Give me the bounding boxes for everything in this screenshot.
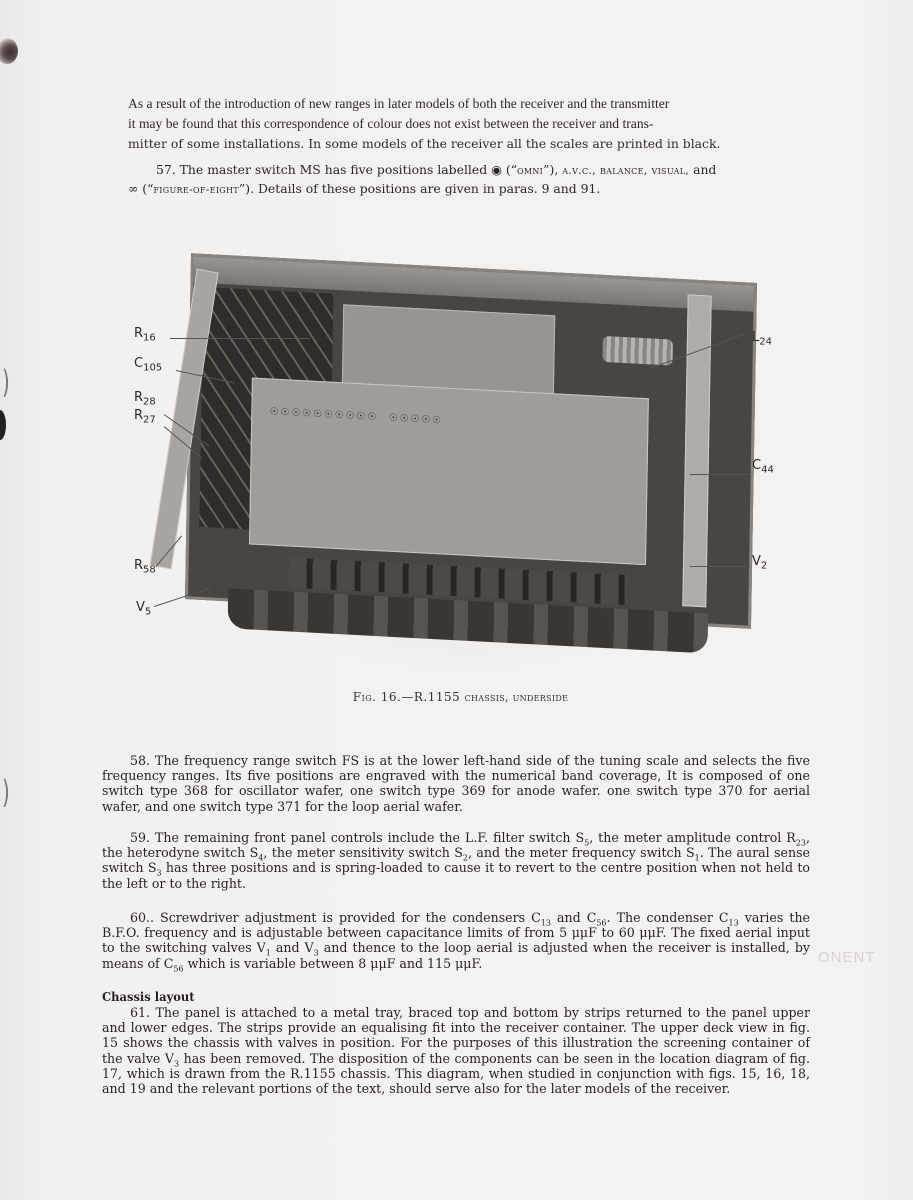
avc-label: a.v.c., [562,164,596,177]
paragraph-61: 61. The panel is attached to a metal tra… [102,1005,810,1096]
paragraph-60: 60.. Screwdriver adjustment is provided … [102,910,810,971]
omni-icon: ◉ [491,162,502,177]
text: ”), [543,162,558,177]
label-v5: V5 [136,600,151,615]
caption-text: chassis, underside [465,691,569,704]
right-bracket [682,294,711,607]
label-c105: C105 [134,356,162,371]
figure-16-photo: ☉☉☉☉☉☉☉☉☉☉ ☉☉☉☉☉ R16 C105 R28 R27 R58 V5… [130,248,810,678]
coil-l24 [602,336,672,366]
binding-hole [0,410,6,440]
label-l24: L24 [752,330,772,345]
punch-hole [0,38,18,64]
label-r58: R58 [134,558,156,573]
label-r27: R27 [134,408,156,423]
intro-line-3: mitter of some installations. In some mo… [128,134,818,154]
leader-line [170,338,310,339]
page-edge-mark: ) [2,773,10,811]
figure-eight-icon: ∞ [128,181,138,196]
text: ”). Details of these positions are given… [239,181,600,196]
intro-line-2: it may be found that this correspondence… [128,114,818,134]
visual-label: visual, [652,164,690,177]
paragraph-number: 58. [130,753,150,768]
paragraph-number: 59. [130,830,150,845]
omni-label: omni [517,164,543,177]
label-v2: V2 [752,554,767,569]
paragraph-number: 60. [130,910,150,925]
text: and [693,162,716,177]
leader-line [690,474,750,475]
paragraph-number: 61. [130,1005,150,1020]
screening-plate-main: ☉☉☉☉☉☉☉☉☉☉ ☉☉☉☉☉ [249,378,649,566]
paragraph-57: 57. The master switch MS has five positi… [128,161,818,199]
paragraph-59: 59. The remaining front panel controls i… [102,830,810,891]
page-edge-mark: ) [2,363,10,401]
figure-of-eight-label: figure-of-eight [153,183,238,196]
leader-line [690,566,750,567]
bleed-through-text: ONENT [818,949,876,966]
paragraph-58: 58. The frequency range switch FS is at … [102,753,810,814]
label-r28: R28 [134,390,156,405]
chassis-image: ☉☉☉☉☉☉☉☉☉☉ ☉☉☉☉☉ [185,253,757,628]
paragraph-text: The frequency range switch FS is at the … [102,753,810,814]
label-r16: R16 [134,326,156,341]
text: (“ [142,181,153,196]
balance-label: balance, [600,164,648,177]
document-page: ) ) ONENT As a result of the introductio… [0,0,913,1200]
section-heading: Chassis layout [102,989,195,1004]
intro-line-1: As a result of the introduction of new r… [128,94,818,114]
figure-caption: Fig. 16.—R.1155 chassis, underside [0,690,913,704]
text: The master switch MS has five positions … [180,162,487,177]
label-c44: C44 [752,458,774,473]
paragraph-number: 57. [156,162,176,177]
trimmer-row: ☉☉☉☉☉☉☉☉☉☉ ☉☉☉☉☉ [270,403,443,427]
text: (“ [506,162,517,177]
intro-paragraph: As a result of the introduction of new r… [128,94,818,154]
caption-prefix: Fig. 16.—R.1155 [353,690,460,704]
